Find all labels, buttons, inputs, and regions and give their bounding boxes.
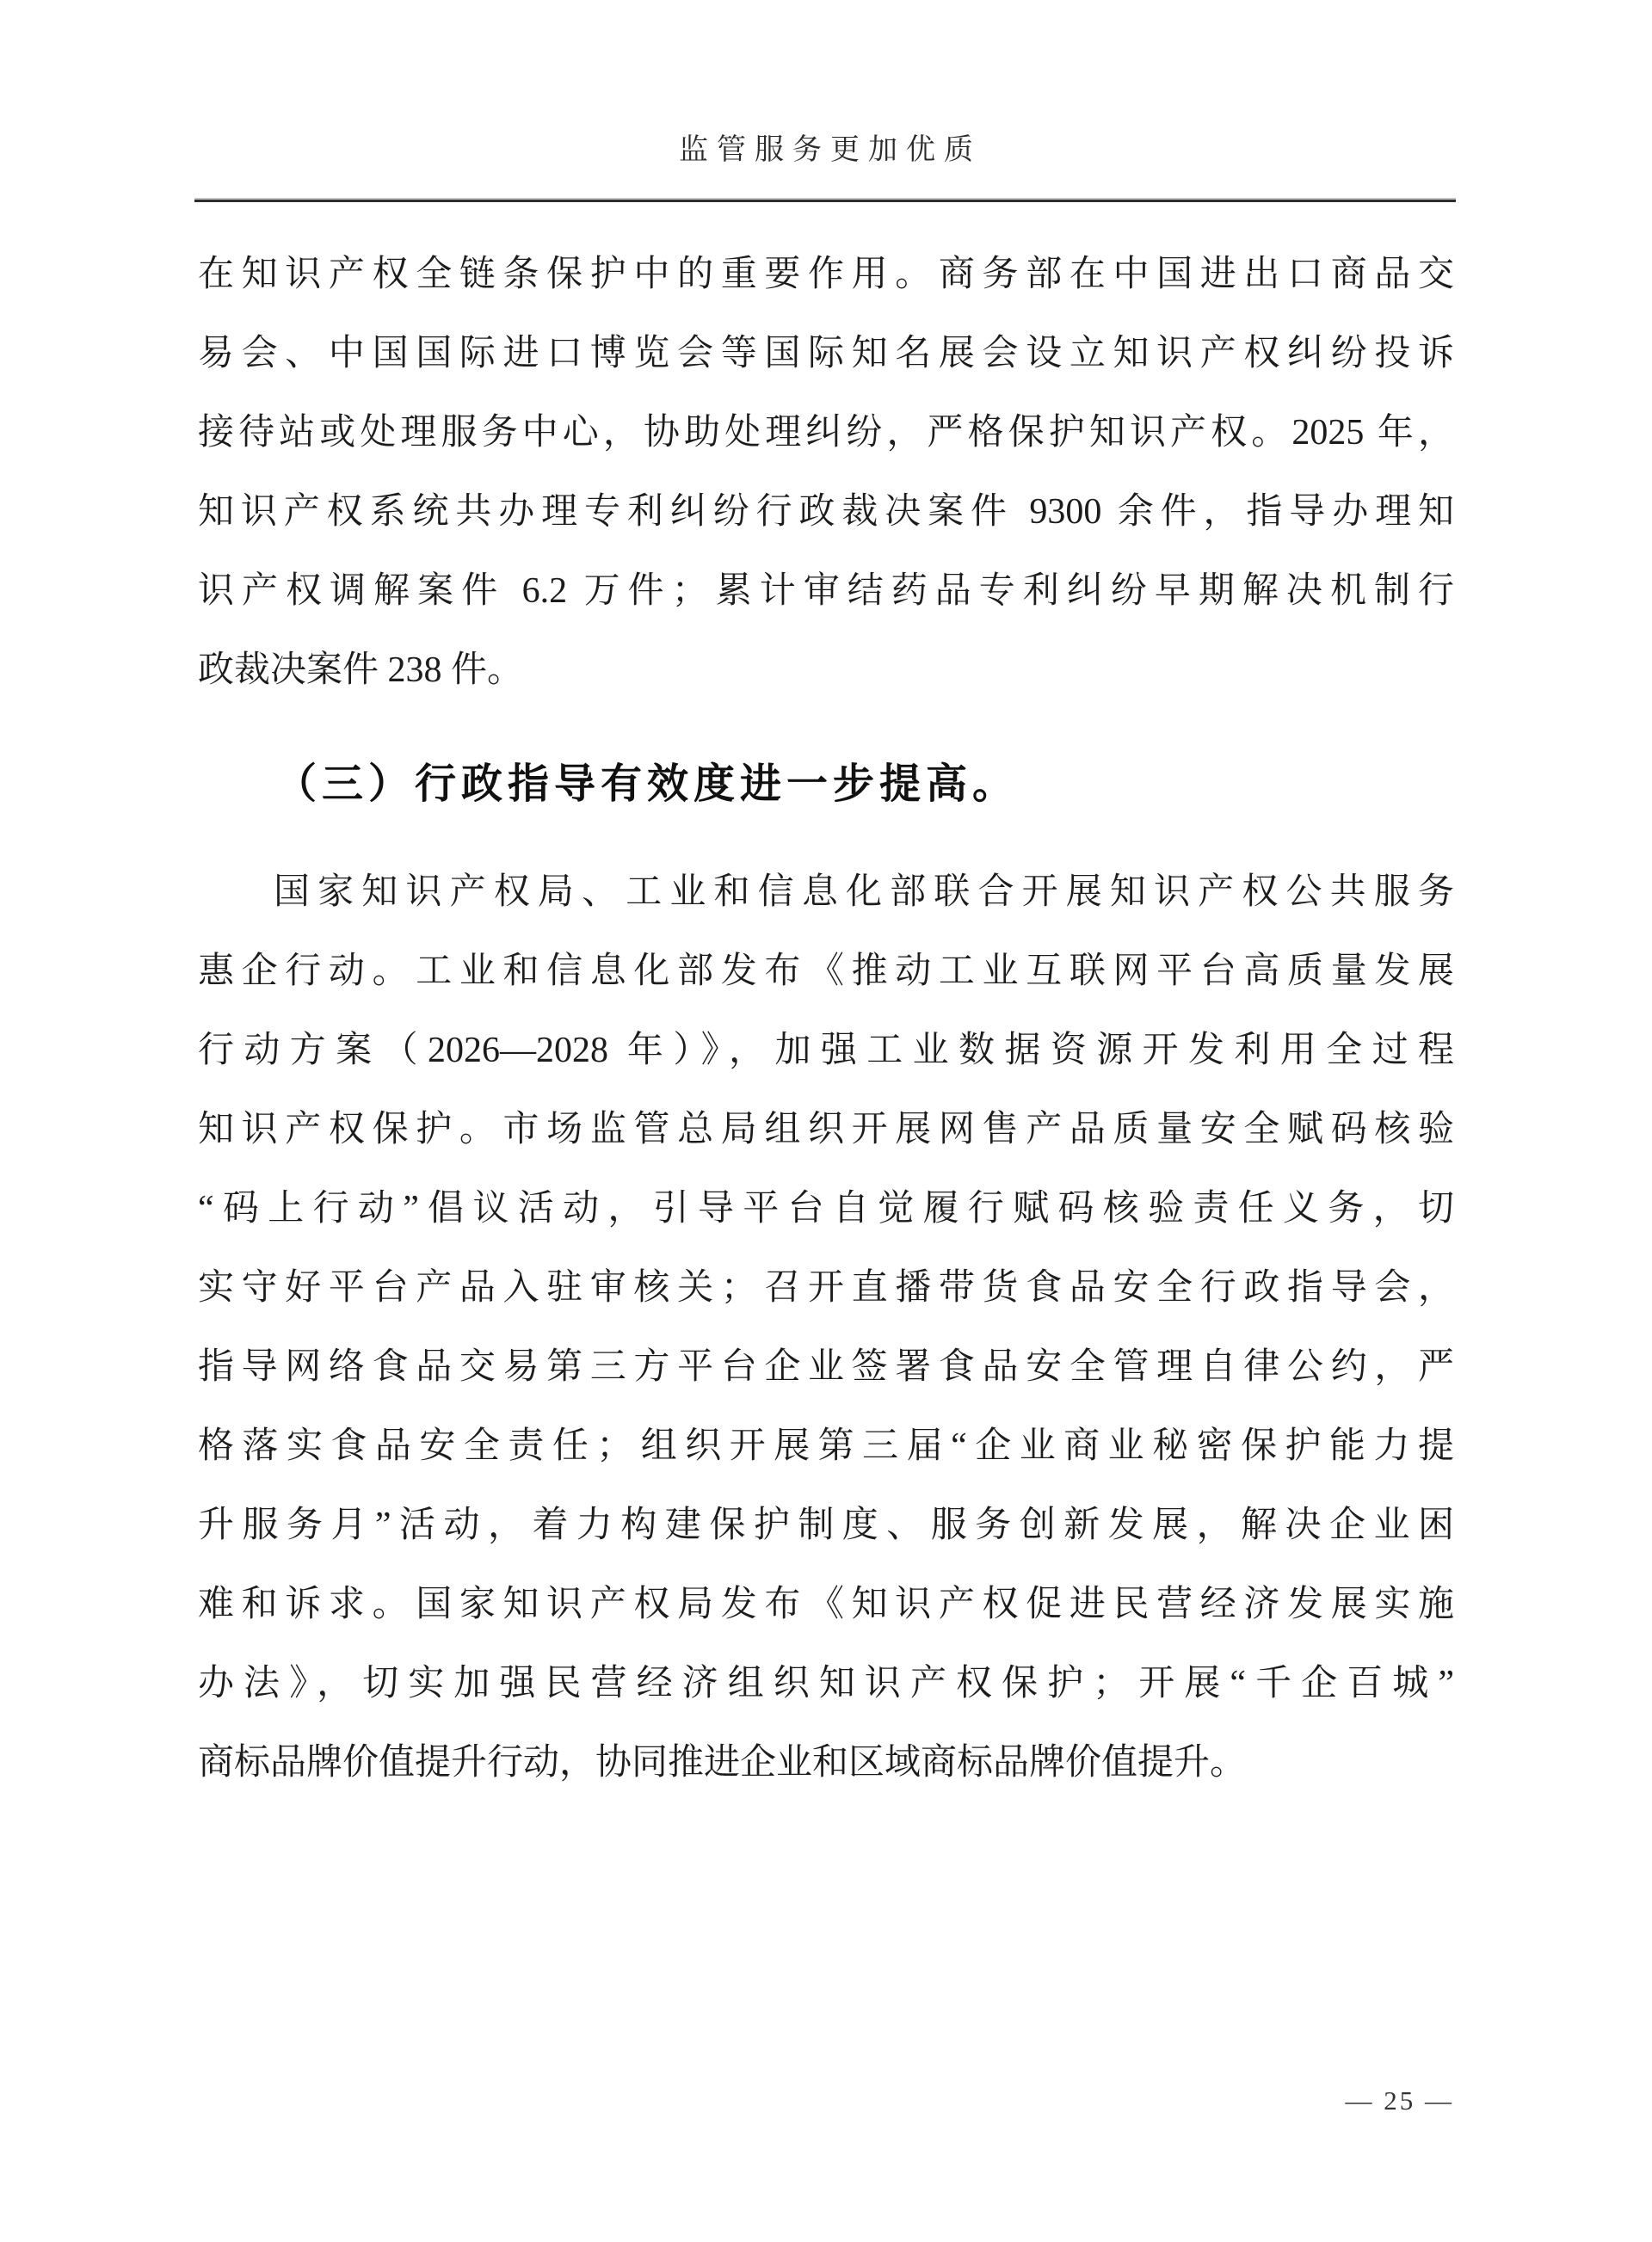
text-line: 易会、中国国际进口博览会等国际知名展会设立知识产权纠纷投诉 (198, 314, 1454, 393)
text-line: 政裁决案件 238 件。 (198, 631, 1454, 710)
text-line: 升服务月”活动，着力构建保护制度、服务创新发展，解决企业困 (198, 1486, 1454, 1565)
text-line: 惠企行动。工业和信息化部发布《推动工业互联网平台高质量发展 (198, 932, 1454, 1011)
text-line: 办法》，切实加强民营经济组织知识产权保护；开展“千企百城” (198, 1644, 1454, 1723)
text-line: 在知识产权全链条保护中的重要作用。商务部在中国进出口商品交 (198, 235, 1454, 314)
header-rule (194, 198, 1456, 202)
document-page: 监管服务更加优质 在知识产权全链条保护中的重要作用。商务部在中国进出口商品交 易… (0, 0, 1652, 2242)
paragraph-2: 国家知识产权局、工业和信息化部联合开展知识产权公共服务 惠企行动。工业和信息化部… (198, 853, 1454, 1802)
running-header-title: 监管服务更加优质 (198, 0, 1454, 170)
text-line: 知识产权保护。市场监管总局组织开展网售产品质量安全赋码核验 (198, 1090, 1454, 1169)
page-number: — 25 — (1346, 2082, 1455, 2120)
text-line: 格落实食品安全责任；组织开展第三届“企业商业秘密保护能力提 (198, 1407, 1454, 1486)
text-line: 接待站或处理服务中心，协助处理纠纷，严格保护知识产权。2025 年， (198, 393, 1454, 472)
text-line: 难和诉求。国家知识产权局发布《知识产权促进民营经济发展实施 (198, 1565, 1454, 1644)
document-body: 在知识产权全链条保护中的重要作用。商务部在中国进出口商品交 易会、中国国际进口博… (198, 235, 1454, 1802)
text-line: 商标品牌价值提升行动，协同推进企业和区域商标品牌价值提升。 (198, 1723, 1454, 1802)
paragraph-1: 在知识产权全链条保护中的重要作用。商务部在中国进出口商品交 易会、中国国际进口博… (198, 235, 1454, 710)
text-line: 识产权调解案件 6.2 万件；累计审结药品专利纠纷早期解决机制行 (198, 551, 1454, 631)
text-line: 行动方案（2026—2028 年）》，加强工业数据资源开发利用全过程 (198, 1011, 1454, 1090)
text-line: 实守好平台产品入驻审核关；召开直播带货食品安全行政指导会， (198, 1248, 1454, 1327)
text-line: 指导网络食品交易第三方平台企业签署食品安全管理自律公约，严 (198, 1327, 1454, 1407)
text-line: 国家知识产权局、工业和信息化部联合开展知识产权公共服务 (198, 853, 1454, 932)
text-line: “码上行动”倡议活动，引导平台自觉履行赋码核验责任义务，切 (198, 1169, 1454, 1248)
text-line: 知识产权系统共办理专利纠纷行政裁决案件 9300 余件，指导办理知 (198, 472, 1454, 551)
section-heading: （三）行政指导有效度进一步提高。 (198, 757, 1454, 812)
